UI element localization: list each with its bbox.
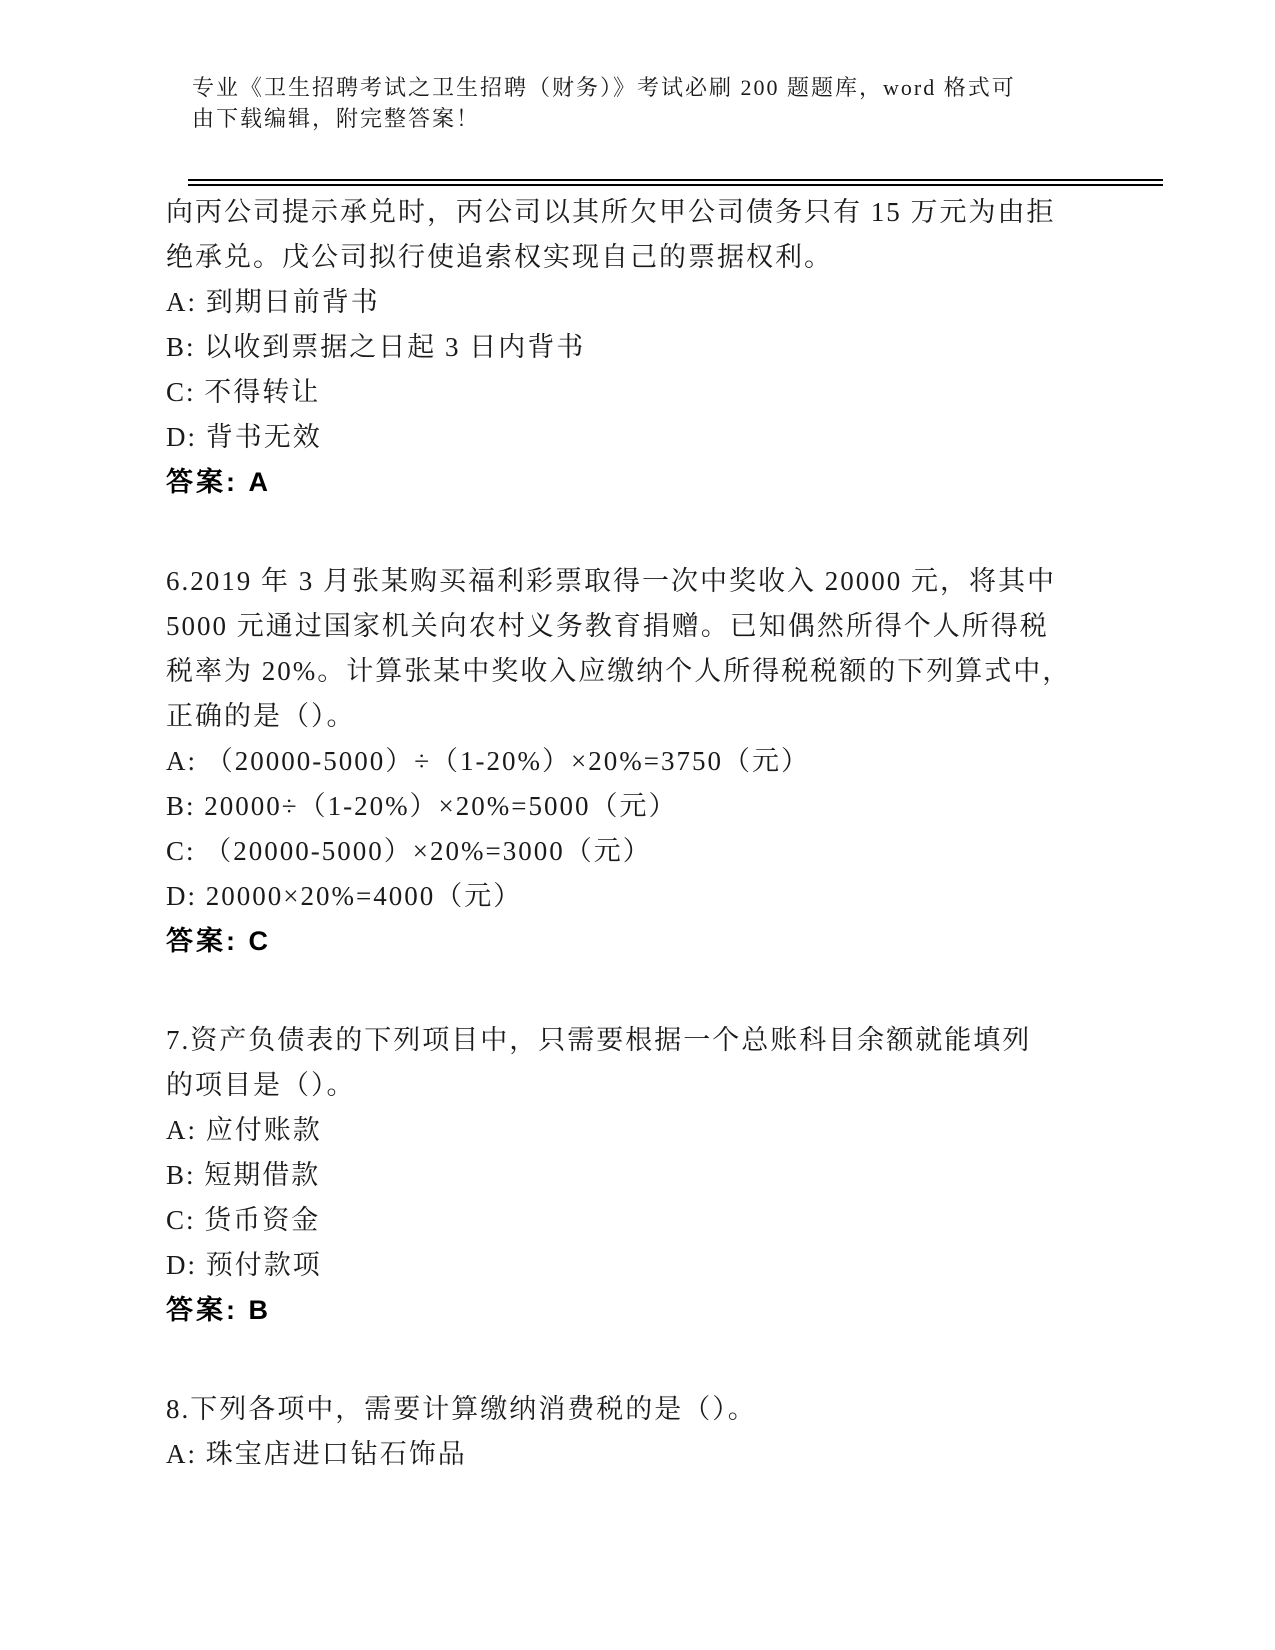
header-line-1: 专业《卫生招聘考试之卫生招聘（财务）》考试必刷 200 题题库，word 格式可 [192, 72, 1052, 103]
question-block-6: 6.2019 年 3 月张某购买福利彩票取得一次中奖收入 20000 元，将其中… [166, 559, 1116, 964]
page-header: 专业《卫生招聘考试之卫生招聘（财务）》考试必刷 200 题题库，word 格式可… [192, 72, 1052, 134]
option-c: C: （20000-5000）×20%=3000（元） [166, 829, 1116, 874]
option-a: A: 应付账款 [166, 1108, 1116, 1153]
option-d: D: 背书无效 [166, 415, 1116, 460]
option-a: A: 到期日前背书 [166, 280, 1116, 325]
option-c: C: 不得转让 [166, 370, 1116, 415]
question-block-continued: 向丙公司提示承兑时，丙公司以其所欠甲公司债务只有 15 万元为由拒 绝承兑。戊公… [166, 190, 1116, 505]
question-stem-line: 的项目是（）。 [166, 1063, 1116, 1108]
question-stem-line: 8.下列各项中，需要计算缴纳消费税的是（）。 [166, 1387, 1116, 1432]
option-b: B: 短期借款 [166, 1153, 1116, 1198]
answer-line: 答案: C [166, 919, 1116, 964]
question-stem-line: 7.资产负债表的下列项目中，只需要根据一个总账科目余额就能填列 [166, 1018, 1116, 1063]
answer-line: 答案: A [166, 460, 1116, 505]
option-a: A: 珠宝店进口钻石饰品 [166, 1432, 1116, 1477]
question-stem-line: 正确的是（）。 [166, 694, 1116, 739]
option-b: B: 20000÷（1-20%）×20%=5000（元） [166, 784, 1116, 829]
header-divider [188, 179, 1163, 186]
option-a: A: （20000-5000）÷（1-20%）×20%=3750（元） [166, 739, 1116, 784]
option-d: D: 20000×20%=4000（元） [166, 874, 1116, 919]
question-block-8: 8.下列各项中，需要计算缴纳消费税的是（）。 A: 珠宝店进口钻石饰品 [166, 1387, 1116, 1477]
document-body: 向丙公司提示承兑时，丙公司以其所欠甲公司债务只有 15 万元为由拒 绝承兑。戊公… [166, 190, 1116, 1477]
header-line-2: 由下载编辑，附完整答案！ [192, 103, 1052, 134]
question-block-7: 7.资产负债表的下列项目中，只需要根据一个总账科目余额就能填列 的项目是（）。 … [166, 1018, 1116, 1333]
option-c: C: 货币资金 [166, 1198, 1116, 1243]
answer-line: 答案: B [166, 1288, 1116, 1333]
option-d: D: 预付款项 [166, 1243, 1116, 1288]
option-b: B: 以收到票据之日起 3 日内背书 [166, 325, 1116, 370]
question-stem-line: 绝承兑。戊公司拟行使追索权实现自己的票据权利。 [166, 235, 1116, 280]
document-page: 专业《卫生招聘考试之卫生招聘（财务）》考试必刷 200 题题库，word 格式可… [0, 0, 1275, 1650]
question-stem-line: 税率为 20%。计算张某中奖收入应缴纳个人所得税税额的下列算式中， [166, 649, 1116, 694]
question-stem-line: 6.2019 年 3 月张某购买福利彩票取得一次中奖收入 20000 元，将其中 [166, 559, 1116, 604]
question-stem-line: 向丙公司提示承兑时，丙公司以其所欠甲公司债务只有 15 万元为由拒 [166, 190, 1116, 235]
question-stem-line: 5000 元通过国家机关向农村义务教育捐赠。已知偶然所得个人所得税 [166, 604, 1116, 649]
